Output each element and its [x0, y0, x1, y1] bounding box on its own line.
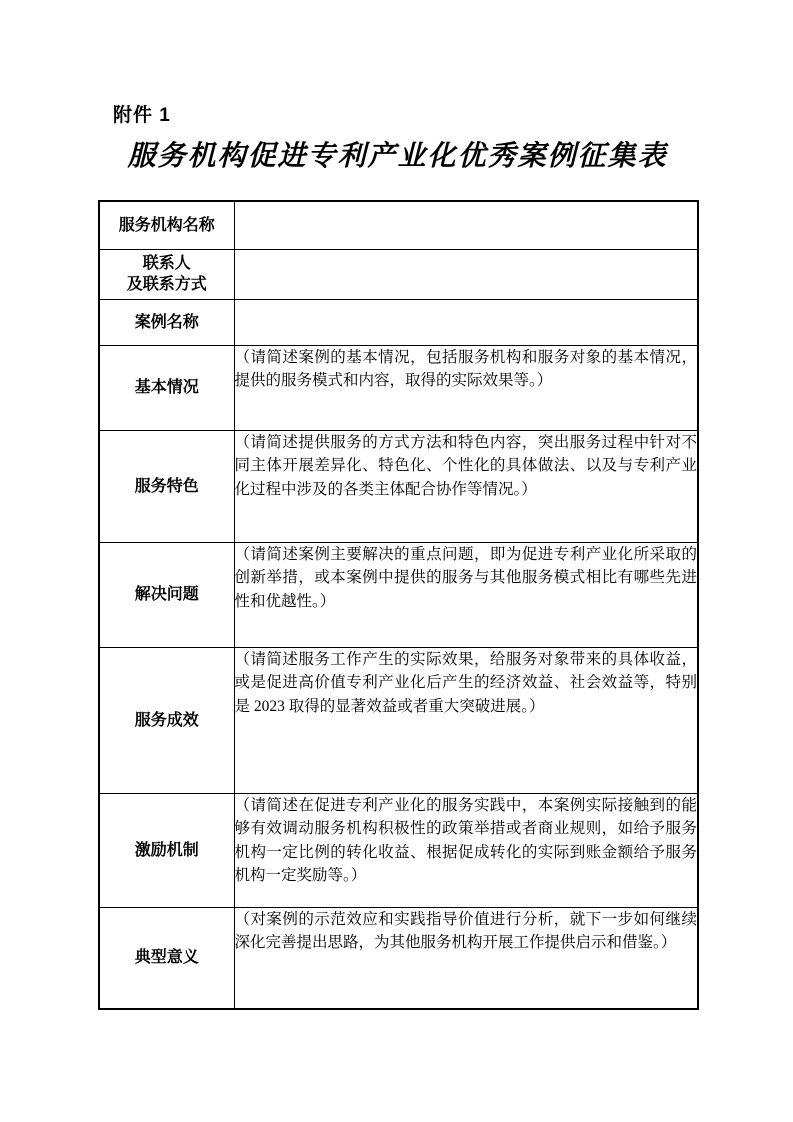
page-title: 服务机构促进专利产业化优秀案例征集表 — [98, 134, 697, 174]
table-row-case-name: 案例名称 — [99, 299, 698, 345]
row-field-problems-solved[interactable]: （请简述案例主要解决的重点问题，即为促进专利产业化所采取的创新举措，或本案例中提… — [234, 542, 698, 647]
row-label-service-results: 服务成效 — [99, 647, 234, 793]
table-row-basic-situation: 基本情况 （请简述案例的基本情况，包括服务机构和服务对象的基本情况，提供的服务模… — [99, 345, 698, 430]
table-row-problems-solved: 解决问题 （请简述案例主要解决的重点问题，即为促进专利产业化所采取的创新举措，或… — [99, 542, 698, 647]
row-label-typical-significance: 典型意义 — [99, 907, 234, 1009]
table-row-incentive-mechanism: 激励机制 （请简述在促进专利产业化的服务实践中，本案例实际接触到的能够有效调动服… — [99, 793, 698, 907]
row-label-service-agency-name: 服务机构名称 — [99, 201, 234, 249]
attachment-label: 附件 1 — [113, 100, 171, 127]
row-field-service-agency-name[interactable] — [234, 201, 698, 249]
case-collection-form-table: 服务机构名称 联系人 及联系方式 案例名称 基本情况 （请简述案例的基本情况，包… — [98, 200, 699, 1010]
row-field-basic-situation[interactable]: （请简述案例的基本情况，包括服务机构和服务对象的基本情况，提供的服务模式和内容，… — [234, 345, 698, 430]
row-label-problems-solved: 解决问题 — [99, 542, 234, 647]
row-field-service-results[interactable]: （请简述服务工作产生的实际效果，给服务对象带来的具体收益，或是促进高价值专利产业… — [234, 647, 698, 793]
row-field-contact-info[interactable] — [234, 249, 698, 299]
table-row-service-agency-name: 服务机构名称 — [99, 201, 698, 249]
table-row-service-features: 服务特色 （请简述提供服务的方式方法和特色内容，突出服务过程中针对不同主体开展差… — [99, 430, 698, 542]
table-row-typical-significance: 典型意义 （对案例的示范效应和实践指导价值进行分析，就下一步如何继续深化完善提出… — [99, 907, 698, 1009]
row-label-service-features: 服务特色 — [99, 430, 234, 542]
row-label-basic-situation: 基本情况 — [99, 345, 234, 430]
table-row-contact-info: 联系人 及联系方式 — [99, 249, 698, 299]
table-row-service-results: 服务成效 （请简述服务工作产生的实际效果，给服务对象带来的具体收益，或是促进高价… — [99, 647, 698, 793]
row-field-service-features[interactable]: （请简述提供服务的方式方法和特色内容，突出服务过程中针对不同主体开展差异化、特色… — [234, 430, 698, 542]
row-label-case-name: 案例名称 — [99, 299, 234, 345]
row-field-incentive-mechanism[interactable]: （请简述在促进专利产业化的服务实践中，本案例实际接触到的能够有效调动服务机构积极… — [234, 793, 698, 907]
row-field-typical-significance[interactable]: （对案例的示范效应和实践指导价值进行分析，就下一步如何继续深化完善提出思路，为其… — [234, 907, 698, 1009]
row-label-incentive-mechanism: 激励机制 — [99, 793, 234, 907]
row-label-contact-info: 联系人 及联系方式 — [99, 249, 234, 299]
row-field-case-name[interactable] — [234, 299, 698, 345]
